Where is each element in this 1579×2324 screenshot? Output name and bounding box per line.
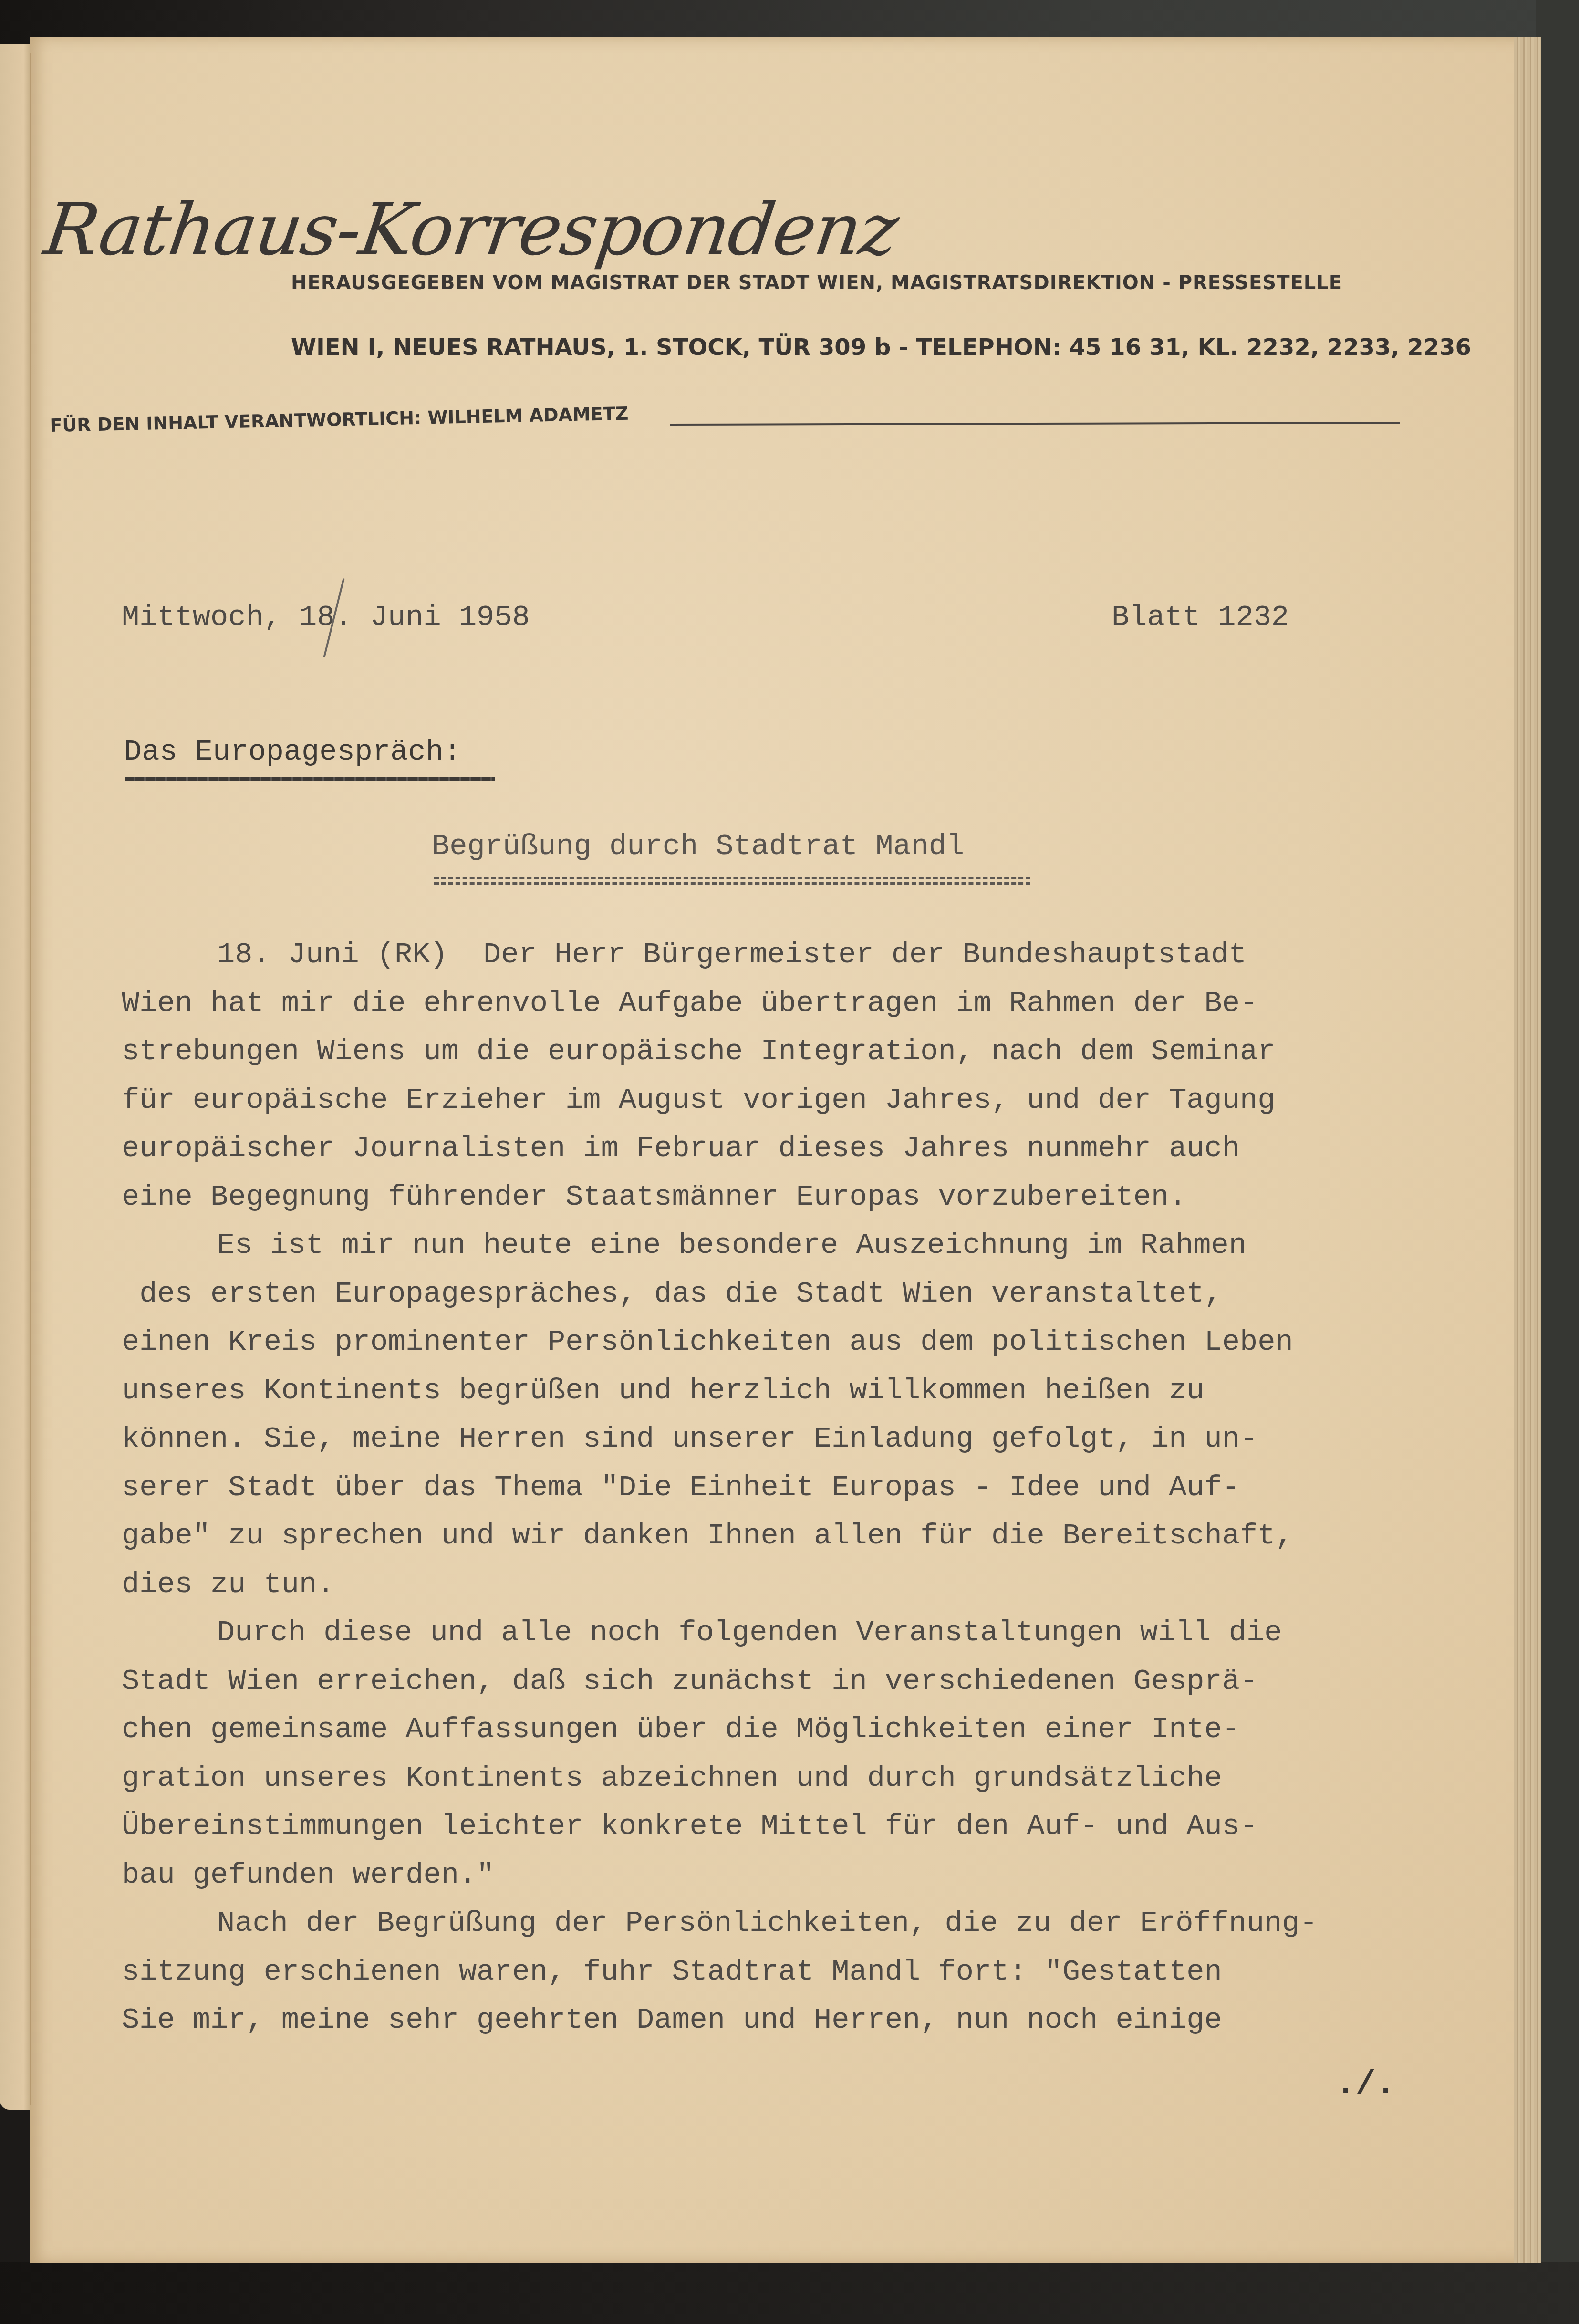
body-line: 18. Juni (RK) Der Herr Bürgermeister der… [122, 930, 1457, 979]
body-line: bau gefunden werden." [122, 1851, 1457, 1899]
body-line: Wien hat mir die ehrenvolle Aufgabe über… [122, 979, 1457, 1028]
body-line: Es ist mir nun heute eine besondere Ausz… [122, 1221, 1457, 1270]
body-line: des ersten Europagespräches, das die Sta… [122, 1270, 1457, 1318]
article-subtitle: Begrüßung durch Stadtrat Mandl [432, 829, 964, 863]
body-line: serer Stadt über das Thema "Die Einheit … [122, 1463, 1457, 1512]
sheet-number: Blatt 1232 [1112, 600, 1289, 634]
section-title-underline [125, 777, 495, 781]
body-line: für europäische Erzieher im August vorig… [122, 1076, 1457, 1125]
body-line: eine Begegnung führender Staatsmänner Eu… [122, 1173, 1457, 1221]
body-line: chen gemeinsame Auffassungen über die Mö… [122, 1705, 1457, 1754]
publisher-line: HERAUSGEGEBEN VOM MAGISTRAT DER STADT WI… [291, 272, 1342, 294]
body-line: Durch diese und alle noch folgenden Vera… [122, 1608, 1457, 1657]
body-line: sitzung erschienen waren, fuhr Stadtrat … [122, 1948, 1457, 1996]
body-line: Übereinstimmungen leichter konkrete Mitt… [122, 1802, 1457, 1851]
address-line: WIEN I, NEUES RATHAUS, 1. STOCK, TÜR 309… [291, 334, 1471, 361]
body-line: europäischer Journalisten im Februar die… [122, 1124, 1457, 1173]
responsible-row: FÜR DEN INHALT VERANTWORTLICH: WILHELM A… [50, 410, 1400, 453]
body-line: unseres Kontinents begrüßen und herzlich… [122, 1366, 1457, 1415]
body-line: können. Sie, meine Herren sind unserer E… [122, 1415, 1457, 1463]
previous-page-edge [0, 44, 30, 2110]
body-line: Sie mir, meine sehr geehrten Damen und H… [122, 1996, 1457, 2044]
dateline: Mittwoch, 18. Juni 1958 [122, 600, 530, 634]
article-body: 18. Juni (RK) Der Herr Bürgermeister der… [122, 930, 1457, 2044]
stacked-page-edges [1514, 37, 1541, 2263]
body-line: strebungen Wiens um die europäische Inte… [122, 1027, 1457, 1076]
subtitle-double-rule [434, 877, 1030, 885]
continued-mark: ./. [1336, 2066, 1396, 2104]
body-line: dies zu tun. [122, 1560, 1457, 1609]
section-title: Das Europagespräch: [124, 735, 461, 769]
body-line: gabe" zu sprechen und wir danken Ihnen a… [122, 1511, 1457, 1560]
body-line: Nach der Begrüßung der Persönlichkeiten,… [122, 1899, 1457, 1948]
body-line: gration unseres Kontinents abzeichnen un… [122, 1754, 1457, 1803]
header-rule [670, 422, 1400, 426]
book-gutter [30, 53, 31, 2105]
masthead-title: Rathaus-Korrespondenz [40, 188, 903, 271]
body-line: Stadt Wien erreichen, daß sich zunächst … [122, 1657, 1457, 1706]
scan-backdrop-bottom [0, 2262, 1579, 2324]
scan-backdrop-right [1536, 0, 1579, 2324]
body-line: einen Kreis prominenter Persönlichkeiten… [122, 1318, 1457, 1366]
